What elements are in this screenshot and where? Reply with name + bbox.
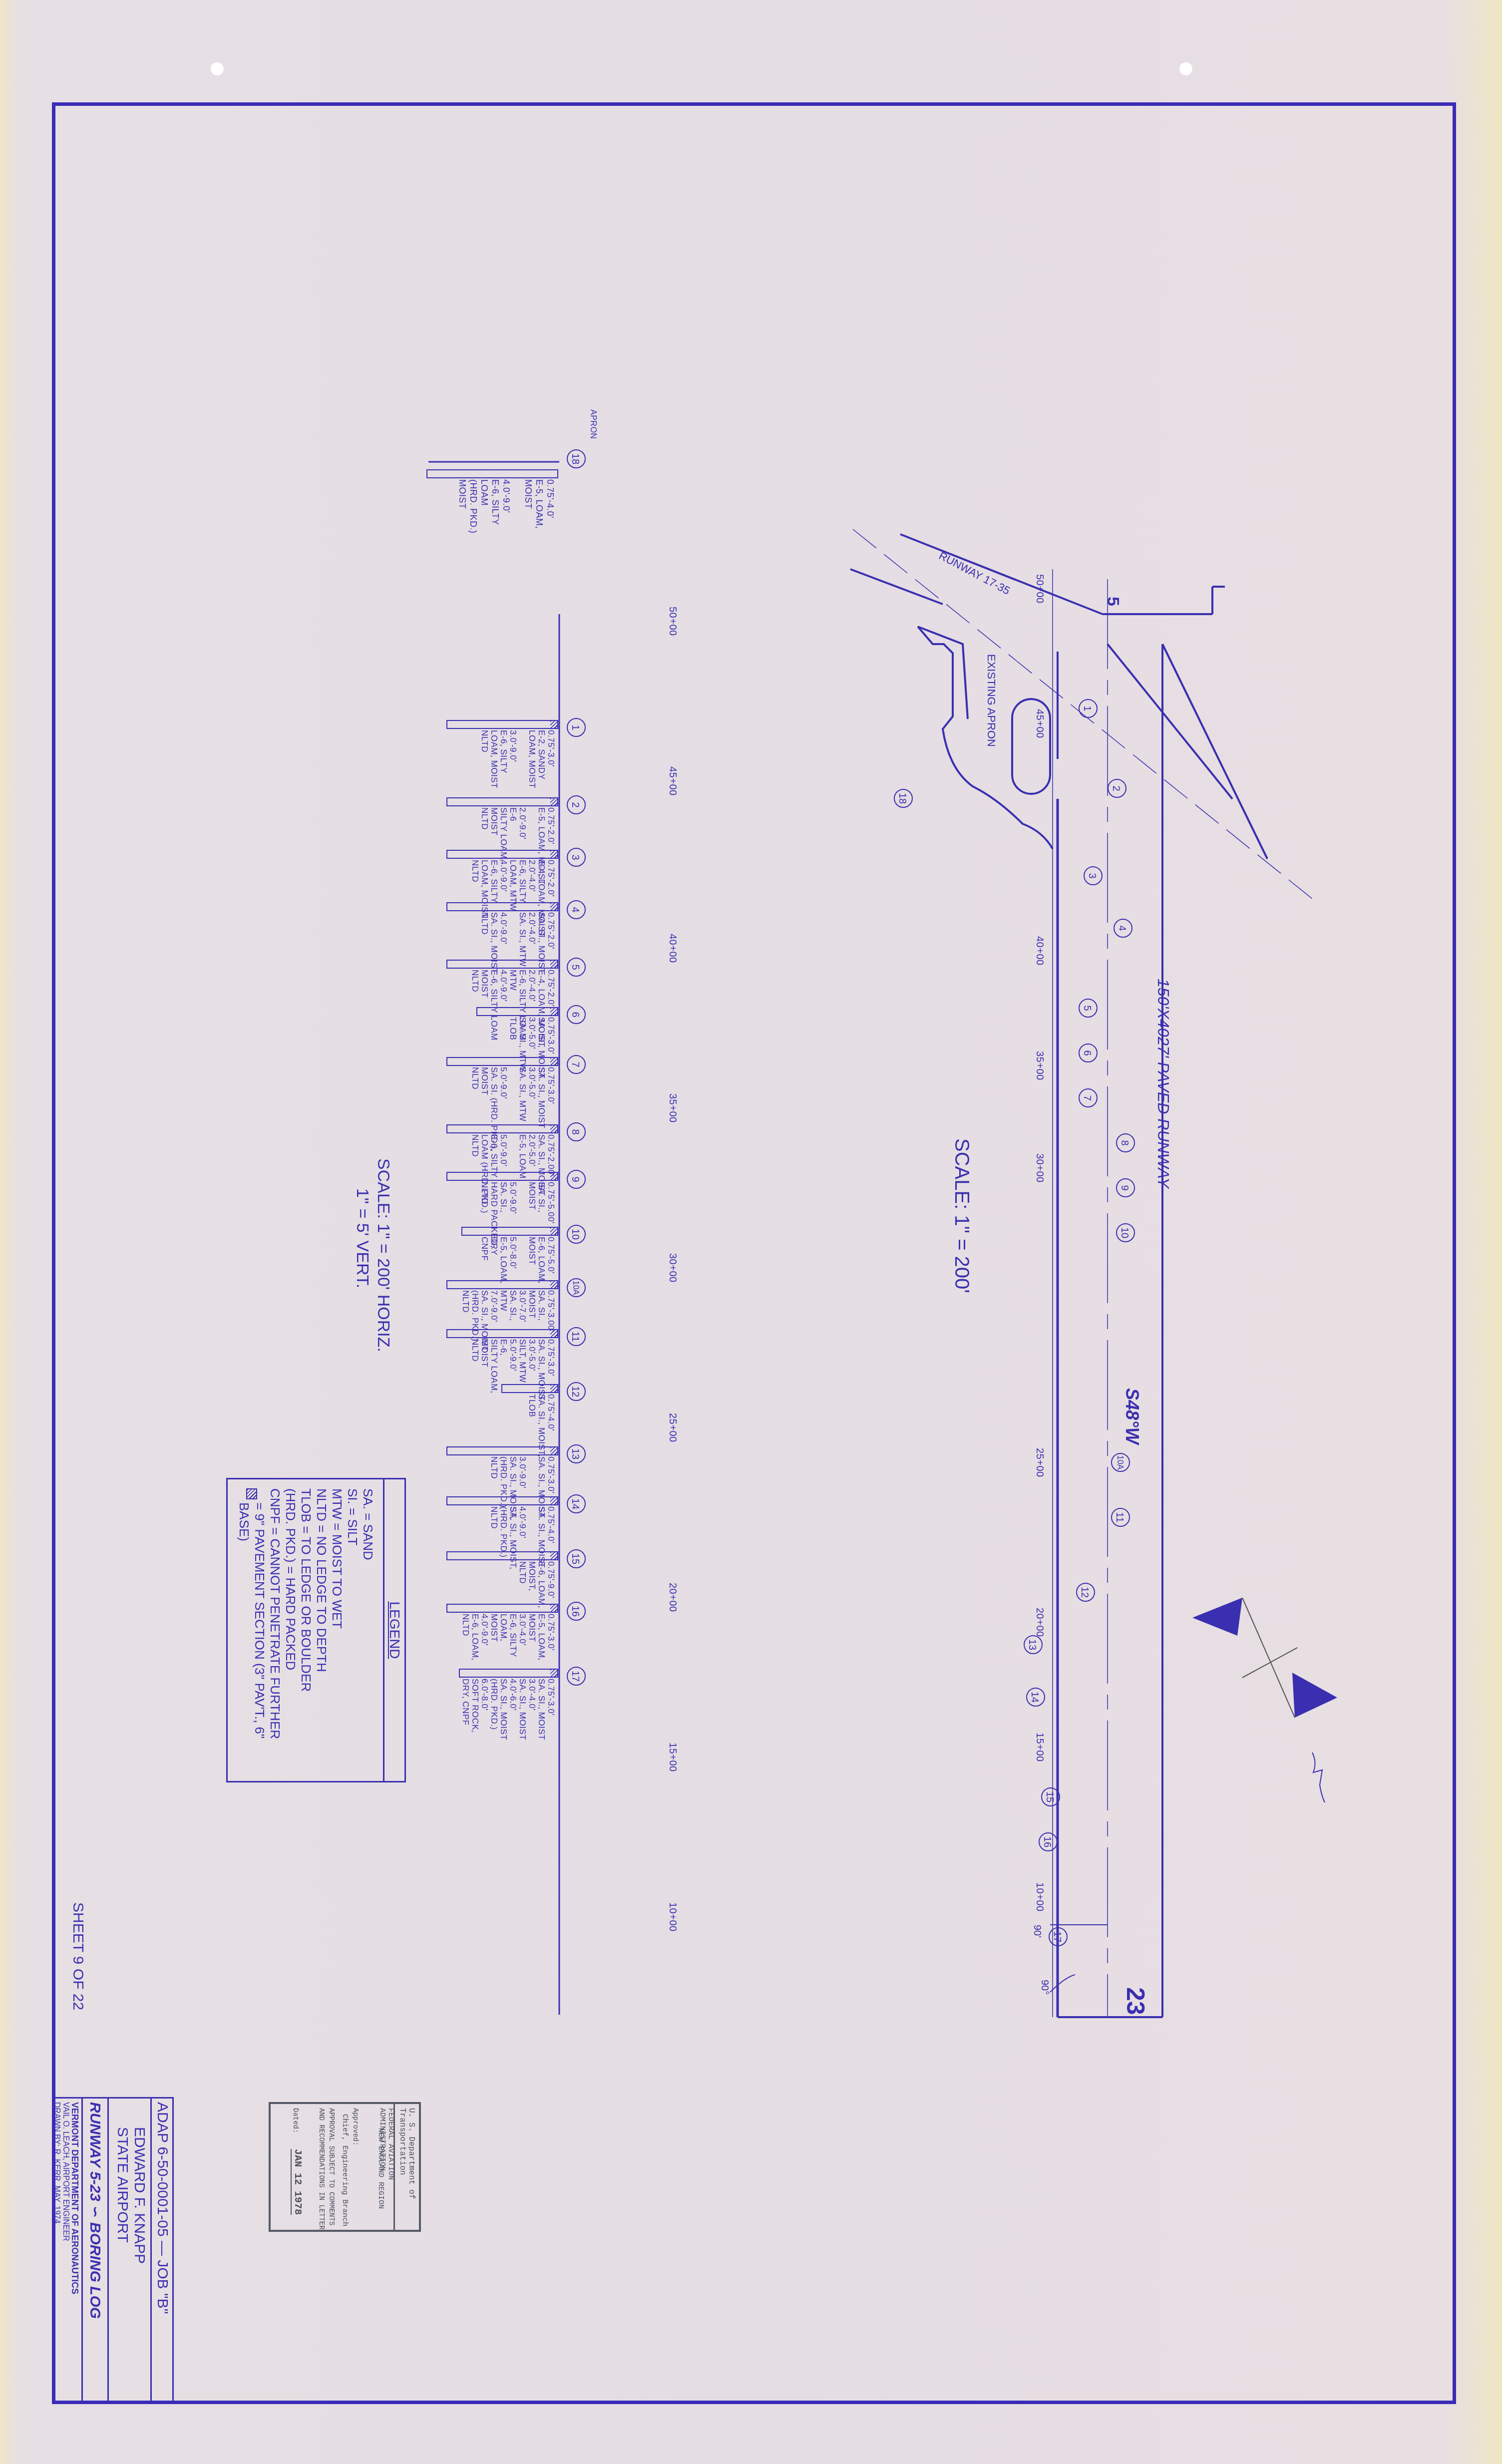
legend-item: SA. = SAND bbox=[360, 1488, 375, 1781]
boring-number[interactable]: 13 bbox=[567, 1444, 586, 1463]
boring-number[interactable]: 10A bbox=[567, 1278, 586, 1297]
plan-boring-marker[interactable]: 2 bbox=[1108, 779, 1126, 798]
pavement-section-icon bbox=[550, 1497, 557, 1504]
profile-station: 15+00 bbox=[667, 1743, 678, 1772]
plan-station: 10+00 bbox=[1034, 1882, 1045, 1912]
pavement-section-icon bbox=[550, 1670, 557, 1677]
boring-column bbox=[446, 902, 558, 911]
boring-column bbox=[446, 960, 558, 969]
boring-column bbox=[459, 1669, 558, 1678]
boring-column bbox=[446, 1551, 558, 1560]
profile-station: 40+00 bbox=[667, 934, 678, 963]
agency: VERMONT DEPARTMENT OF AERONAUTICS bbox=[69, 2102, 80, 2294]
stamp-note: APPROVAL SUBJECT TO COMMENTS bbox=[327, 2108, 335, 2225]
plan-station: 40+00 bbox=[1034, 936, 1045, 966]
plan-boring-marker[interactable]: 14 bbox=[1026, 1688, 1045, 1707]
boring-column bbox=[446, 1172, 558, 1181]
boring-number[interactable]: 6 bbox=[567, 1005, 586, 1024]
pavement-section-icon bbox=[550, 851, 557, 858]
stamp-region: NEW ENGLAND REGION bbox=[376, 2128, 385, 2209]
pavement-section-icon bbox=[550, 1173, 557, 1180]
plan-boring-marker[interactable]: 10 bbox=[1116, 1223, 1135, 1242]
stamp-dated-label: Dated: bbox=[291, 2108, 299, 2133]
boring-column bbox=[446, 850, 558, 859]
pavement-section-icon bbox=[550, 903, 557, 910]
plan-station: 15+00 bbox=[1034, 1733, 1045, 1762]
plan-boring-marker[interactable]: 7 bbox=[1079, 1088, 1098, 1107]
boring-log: 0.75'-4.0' E-5, LOAM, MOIST 4.0'-9.0' E-… bbox=[457, 479, 556, 534]
boring-number[interactable]: 17 bbox=[567, 1667, 586, 1686]
boring-number[interactable]: 10 bbox=[567, 1225, 586, 1244]
pavement-section-icon bbox=[246, 1488, 257, 1499]
pavement-section-icon bbox=[550, 961, 557, 968]
plan-station: 45+00 bbox=[1034, 709, 1045, 738]
north-arrow-icon bbox=[1192, 1598, 1337, 1802]
boring-number[interactable]: 14 bbox=[567, 1494, 586, 1513]
plan-boring-marker[interactable]: 12 bbox=[1076, 1583, 1095, 1602]
boring-log: 0.75'-3.0' SA. SI., MOIST 3.0'-4.0' SA. … bbox=[461, 1679, 556, 1740]
legend-items: SA. = SAND SI. = SILT MTW = MOIST TO WET… bbox=[236, 1488, 375, 1781]
plan-boring-marker[interactable]: 18 bbox=[894, 789, 913, 808]
boring-log: 0.75'-9.0' E-6, LOAM, MOIST, NLTD bbox=[518, 1561, 556, 1608]
boring-column bbox=[426, 469, 558, 478]
boring-column bbox=[446, 1329, 558, 1338]
boring-column bbox=[461, 1227, 558, 1236]
pavement-section-icon bbox=[550, 798, 557, 805]
plan-boring-marker[interactable]: 5 bbox=[1079, 999, 1098, 1018]
apron-label: EXISTING APRON bbox=[985, 654, 998, 747]
plan-station: 35+00 bbox=[1034, 1051, 1045, 1080]
boring-column bbox=[446, 1496, 558, 1505]
boring-number[interactable]: 4 bbox=[567, 900, 586, 919]
pavement-section-icon bbox=[550, 1228, 557, 1235]
drawn-by: DRAWN BY: R. KERR, MAY, 1974 bbox=[52, 2102, 61, 2223]
profile-station: 30+00 bbox=[667, 1253, 678, 1283]
plan-scale: SCALE: 1" = 200' bbox=[950, 1138, 973, 1293]
airport-name-2: STATE AIRPORT bbox=[114, 2127, 131, 2243]
runway-bearing: S48°W bbox=[1122, 1388, 1142, 1444]
profile-station: 50+00 bbox=[667, 607, 678, 636]
pavement-section-icon bbox=[550, 1447, 557, 1454]
profile-station: 20+00 bbox=[667, 1583, 678, 1612]
title-block: ADAP 6-50-0001-05 — JOB "B" EDWARD F. KN… bbox=[54, 2097, 174, 2402]
legend-item: CNPF = CANNOT PENETRATE FURTHER bbox=[267, 1488, 283, 1781]
airport-name: EDWARD F. KNAPP bbox=[131, 2127, 148, 2264]
stamp-dated-value: JAN 12 1978 bbox=[291, 2149, 303, 2215]
boring-number[interactable]: 11 bbox=[567, 1327, 586, 1346]
plan-boring-marker[interactable]: 13 bbox=[1024, 1635, 1043, 1654]
boring-log: 0.75'-5.0' E-6, LOAM, MOIST 5.0'-8.0' E-… bbox=[480, 1237, 556, 1284]
plan-boring-marker[interactable]: 16 bbox=[1039, 1832, 1058, 1851]
boring-number[interactable]: 3 bbox=[567, 848, 586, 867]
profile-station: 35+00 bbox=[667, 1093, 678, 1123]
boring-number[interactable]: 7 bbox=[567, 1055, 586, 1074]
plan-boring-marker[interactable]: 15 bbox=[1041, 1787, 1060, 1806]
boring-number[interactable]: 18 bbox=[567, 449, 586, 468]
plan-boring-marker[interactable]: 10A bbox=[1111, 1453, 1130, 1472]
plan-station: 30+00 bbox=[1034, 1153, 1045, 1183]
pavement-section-icon bbox=[550, 1281, 557, 1288]
legend: LEGEND SA. = SAND SI. = SILT MTW = MOIST… bbox=[226, 1478, 406, 1782]
pavement-section-icon bbox=[550, 1125, 557, 1132]
legend-item: = 9" PAVEMENT SECTION (3" PAV'T., 6" BAS… bbox=[236, 1488, 267, 1781]
boring-number[interactable]: 1 bbox=[567, 718, 586, 737]
project-number: ADAP 6-50-0001-05 — JOB "B" bbox=[154, 2102, 171, 2314]
boring-number[interactable]: 2 bbox=[567, 795, 586, 814]
boring-column bbox=[446, 1446, 558, 1455]
boring-number[interactable]: 12 bbox=[567, 1382, 586, 1401]
boring-column bbox=[476, 1007, 558, 1016]
boring-column bbox=[446, 1057, 558, 1066]
legend-item: NLTD = NO LEDGE TO DEPTH bbox=[314, 1488, 329, 1781]
blueprint-canvas: 150'X4027' PAVED RUNWAY S48°W RUNWAY 17-… bbox=[0, 0, 1502, 2464]
legend-item: SI. = SILT bbox=[345, 1488, 360, 1781]
plan-boring-marker[interactable]: 1 bbox=[1079, 699, 1098, 718]
boring-column bbox=[501, 1384, 558, 1393]
profile-station: 45+00 bbox=[667, 766, 678, 796]
runway-end-5: 5 bbox=[1103, 597, 1123, 606]
plan-station: 20+00 bbox=[1034, 1608, 1045, 1637]
plan-station: 50+00 bbox=[1034, 574, 1045, 604]
boring-column bbox=[446, 1280, 558, 1289]
stamp-chief: Chief, Engineering Branch bbox=[341, 2114, 349, 2226]
stamp-note: AND RECOMMENDATIONS IN LETTER bbox=[317, 2108, 325, 2230]
boring-number[interactable]: 9 bbox=[567, 1170, 586, 1189]
pavement-section-icon bbox=[550, 721, 557, 728]
plan-boring-marker[interactable]: 9 bbox=[1116, 1178, 1135, 1197]
drawing-sheet: 150'X4027' PAVED RUNWAY S48°W RUNWAY 17-… bbox=[0, 0, 1502, 2464]
boring-number[interactable]: 16 bbox=[567, 1602, 586, 1621]
boring-column bbox=[446, 1124, 558, 1133]
stamp-dept: U. S. Department of Transportation bbox=[393, 2104, 419, 2230]
apron-profile-label: APRON bbox=[587, 409, 598, 439]
angle-dimension: 90° bbox=[1039, 1980, 1050, 1995]
boring-column bbox=[446, 797, 558, 806]
pavement-section-icon bbox=[550, 1385, 557, 1392]
plan-boring-marker[interactable]: 8 bbox=[1116, 1133, 1135, 1152]
stamp-approved: Approved: bbox=[351, 2108, 359, 2146]
plan-station: 25+00 bbox=[1034, 1448, 1045, 1477]
legend-item: MTW = MOIST TO WET bbox=[329, 1488, 345, 1781]
pavement-section-icon bbox=[550, 1552, 557, 1559]
boring-number[interactable]: 8 bbox=[567, 1122, 586, 1141]
plan-boring-marker[interactable]: 11 bbox=[1111, 1508, 1130, 1527]
runway-5-23 bbox=[1053, 569, 1225, 2017]
pavement-section-icon bbox=[550, 1058, 557, 1065]
profile-scale-vert: 1" = 5' VERT. bbox=[353, 1188, 373, 1288]
plan-boring-marker[interactable]: 6 bbox=[1079, 1044, 1098, 1062]
drawing-title: RUNWAY 5-23 ∽ BORING LOG bbox=[86, 2102, 104, 2319]
profile-scale-horiz: SCALE: 1" = 200' HORIZ. bbox=[374, 1158, 393, 1352]
plan-boring-marker[interactable]: 17 bbox=[1049, 1927, 1068, 1946]
engineer: VAIL O. LEACH, AIRPORT ENGINEER bbox=[61, 2102, 70, 2241]
boring-number[interactable]: 15 bbox=[567, 1549, 586, 1568]
boring-column bbox=[446, 720, 558, 729]
plan-view bbox=[0, 0, 1502, 2464]
boring-number[interactable]: 5 bbox=[567, 958, 586, 977]
boring-log: 0.75'-3.0' E-5, LOAM, MOIST 3.0'-4.0' E-… bbox=[461, 1614, 556, 1661]
boring-column bbox=[446, 1604, 558, 1613]
faa-approval-stamp: U. S. Department of Transportation FEDER… bbox=[269, 2102, 421, 2232]
profile-station: 10+00 bbox=[667, 1902, 678, 1932]
boring-log: 0.75'-3.0' E-2, SANDY LOAM, MOIST 3.0'-9… bbox=[480, 730, 556, 788]
runway-end-23: 23 bbox=[1121, 1987, 1150, 2015]
plan-boring-marker[interactable]: 4 bbox=[1114, 919, 1132, 938]
pavement-section-icon bbox=[550, 1605, 557, 1612]
pavement-section-icon bbox=[550, 1008, 557, 1015]
legend-item: TLOB = TO LEDGE OR BOULDER bbox=[298, 1488, 314, 1781]
plan-boring-marker[interactable]: 3 bbox=[1084, 866, 1103, 885]
legend-item: (HRD. PKD.) = HARD PACKED bbox=[283, 1488, 298, 1781]
profile-station: 25+00 bbox=[667, 1413, 678, 1442]
legend-title: LEGEND bbox=[383, 1479, 404, 1781]
offset-dimension: 90' bbox=[1031, 1925, 1043, 1938]
pavement-section-icon bbox=[550, 1330, 557, 1337]
sheet-number: SHEET 9 OF 22 bbox=[69, 1902, 86, 2010]
runway-dimension-label: 150'X4027' PAVED RUNWAY bbox=[1154, 979, 1172, 1188]
